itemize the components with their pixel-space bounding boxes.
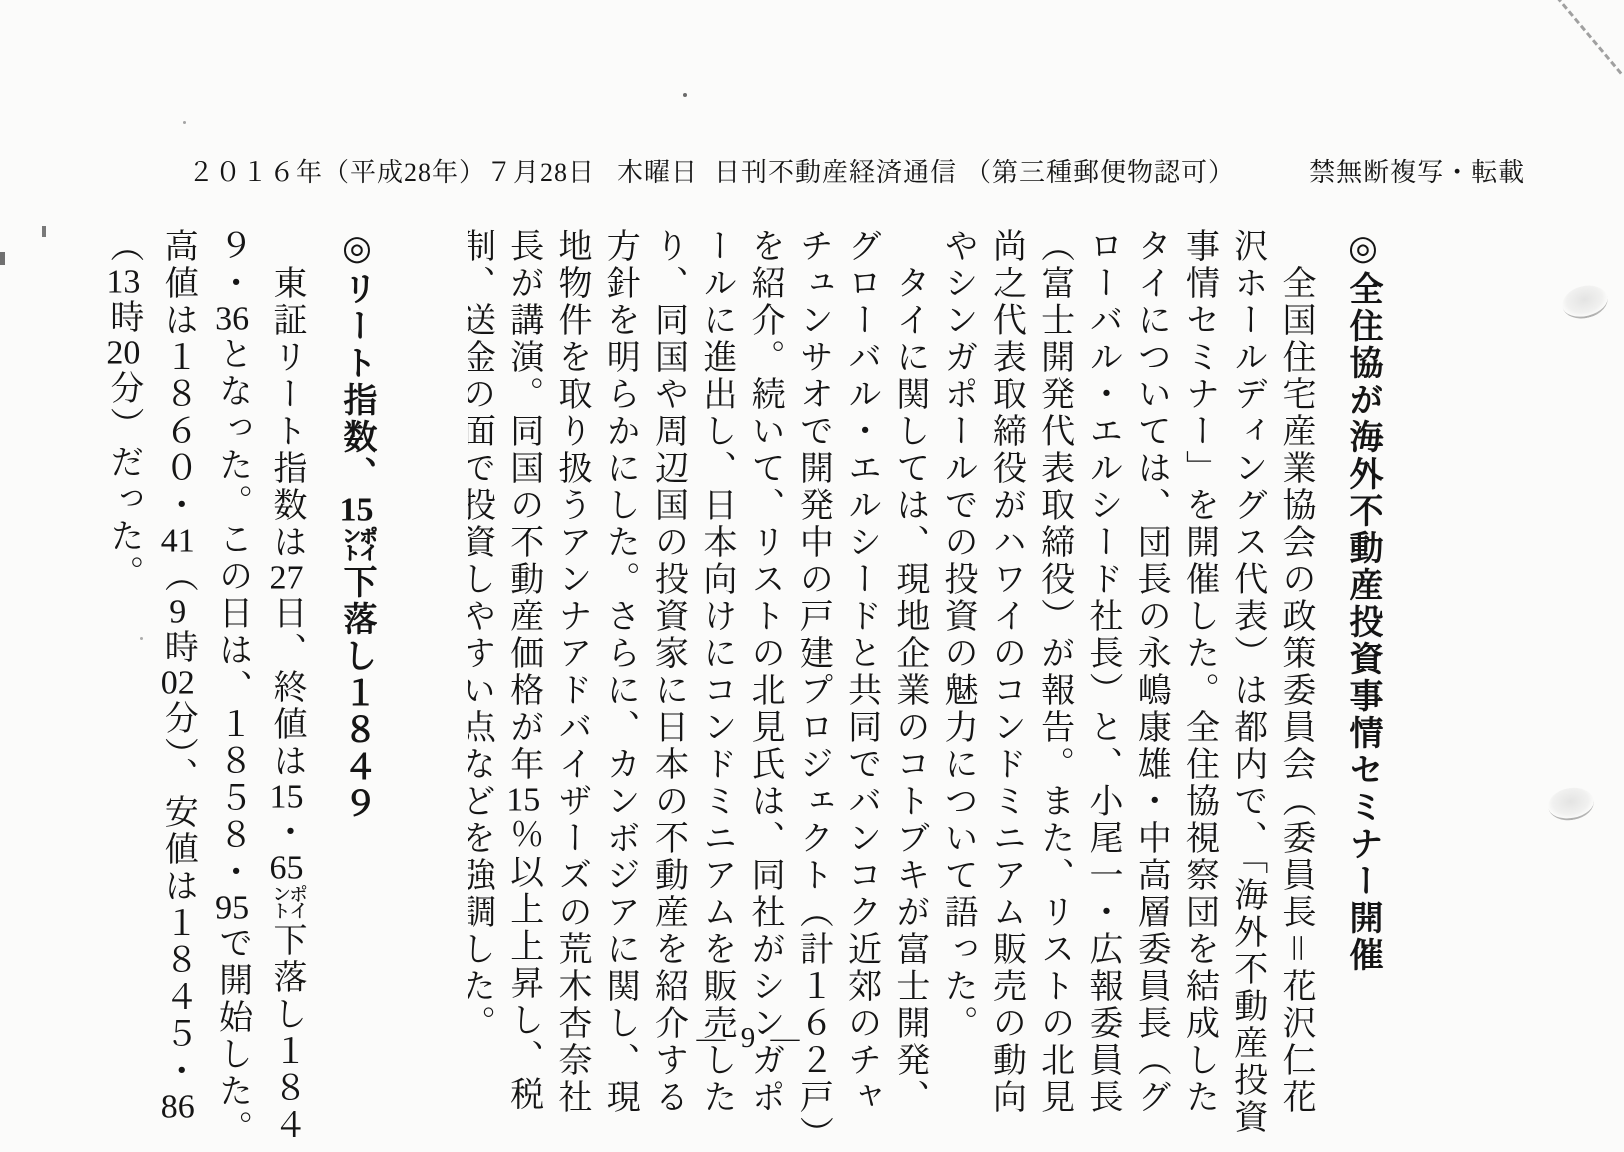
text-run: ㌽下落し１８４９ bbox=[338, 527, 375, 823]
scan-scribble-top-right bbox=[1556, 0, 1623, 75]
issue-weekday: 木曜日 bbox=[617, 152, 698, 189]
text-run: ◎リート指数、 bbox=[338, 228, 375, 493]
text-run: 時 bbox=[105, 299, 142, 336]
tcy-number: 20 bbox=[105, 336, 142, 370]
text-run: タイに関しては、現地企業のコトブキが富士開発、グローバル・エルシードと共同でバン… bbox=[505, 228, 928, 1136]
tcy-number: 41 bbox=[159, 524, 196, 558]
tcy-number: 65 bbox=[268, 851, 305, 885]
tcy-number: 95 bbox=[214, 891, 251, 925]
text-run: となった。この日は、１８５８・ bbox=[214, 336, 251, 891]
dateline: ２０１６年（平成28年）７月28日 木曜日 日刊不動産経済通信 （第三種郵便物認… bbox=[188, 152, 1525, 189]
tcy-number: 15 bbox=[268, 780, 305, 814]
tcy-number: 27 bbox=[268, 561, 305, 595]
copyright-notice: 禁無断複写・転載 bbox=[1309, 152, 1525, 189]
postal-class-note: （第三種郵便物認可） bbox=[965, 152, 1235, 189]
publication-title: 日刊不動産経済通信 bbox=[714, 152, 957, 189]
scan-dot bbox=[140, 637, 143, 640]
text-run: （ bbox=[159, 558, 196, 595]
scan-dot bbox=[183, 121, 186, 124]
text-run: ・ bbox=[268, 814, 305, 851]
text-run: 分）だった。 bbox=[105, 370, 142, 592]
tcy-number: 86 bbox=[159, 1090, 196, 1124]
text-run: 東証リート指数は bbox=[268, 228, 305, 561]
article-seminar: ◎全住協が海外不動産投資事情セミナー開催 全国住宅産業協会の政策委員会（委員長＝… bbox=[468, 228, 1414, 1150]
text-run: 日、終値は bbox=[268, 595, 305, 780]
scan-dot bbox=[683, 93, 687, 97]
issue-date: ２０１６年（平成28年）７月28日 bbox=[188, 152, 595, 189]
scan-mark-left-edge bbox=[42, 226, 46, 237]
text-run: （ bbox=[105, 228, 142, 265]
scan-smudge-upper bbox=[1559, 281, 1611, 323]
article-seminar-headline: ◎全住協が海外不動産投資事情セミナー開催 bbox=[1337, 228, 1414, 1150]
scan-mark-left-edge bbox=[0, 252, 5, 265]
article-reit: ◎リート指数、15㌽下落し１８４９ 東証リート指数は27日、終値は15・65㌽下… bbox=[94, 228, 408, 1150]
scan-smudge-lower bbox=[1546, 784, 1597, 824]
tcy-number: 15 bbox=[338, 493, 375, 527]
tcy-number: 36 bbox=[214, 302, 251, 336]
tcy-number: 13 bbox=[105, 265, 142, 299]
article-reit-paragraph-1: 東証リート指数は27日、終値は15・65㌽下落し１８４９・36となった。この日は… bbox=[95, 228, 313, 1150]
tcy-number: 15 bbox=[505, 783, 542, 817]
tcy-number: 02 bbox=[159, 666, 196, 700]
page-number: ― 9 ― bbox=[0, 1022, 1500, 1055]
tcy-number: 9 bbox=[159, 595, 196, 629]
article-seminar-paragraph-2: タイに関しては、現地企業のコトブキが富士開発、グローバル・エルシードと共同でバン… bbox=[468, 228, 933, 1150]
text-run: ◎全住協が海外不動産投資事情セミナー開催 bbox=[1344, 228, 1381, 974]
text-run: 全国住宅産業協会の政策委員会（委員長＝花沢仁花沢ホールディングス代表）は都内で、… bbox=[939, 228, 1314, 1136]
text-run: 時 bbox=[159, 629, 196, 666]
article-reit-headline: ◎リート指数、15㌽下落し１８４９ bbox=[331, 228, 408, 1150]
article-seminar-paragraph-1: 全国住宅産業協会の政策委員会（委員長＝花沢仁花沢ホールディングス代表）は都内で、… bbox=[933, 228, 1319, 1150]
